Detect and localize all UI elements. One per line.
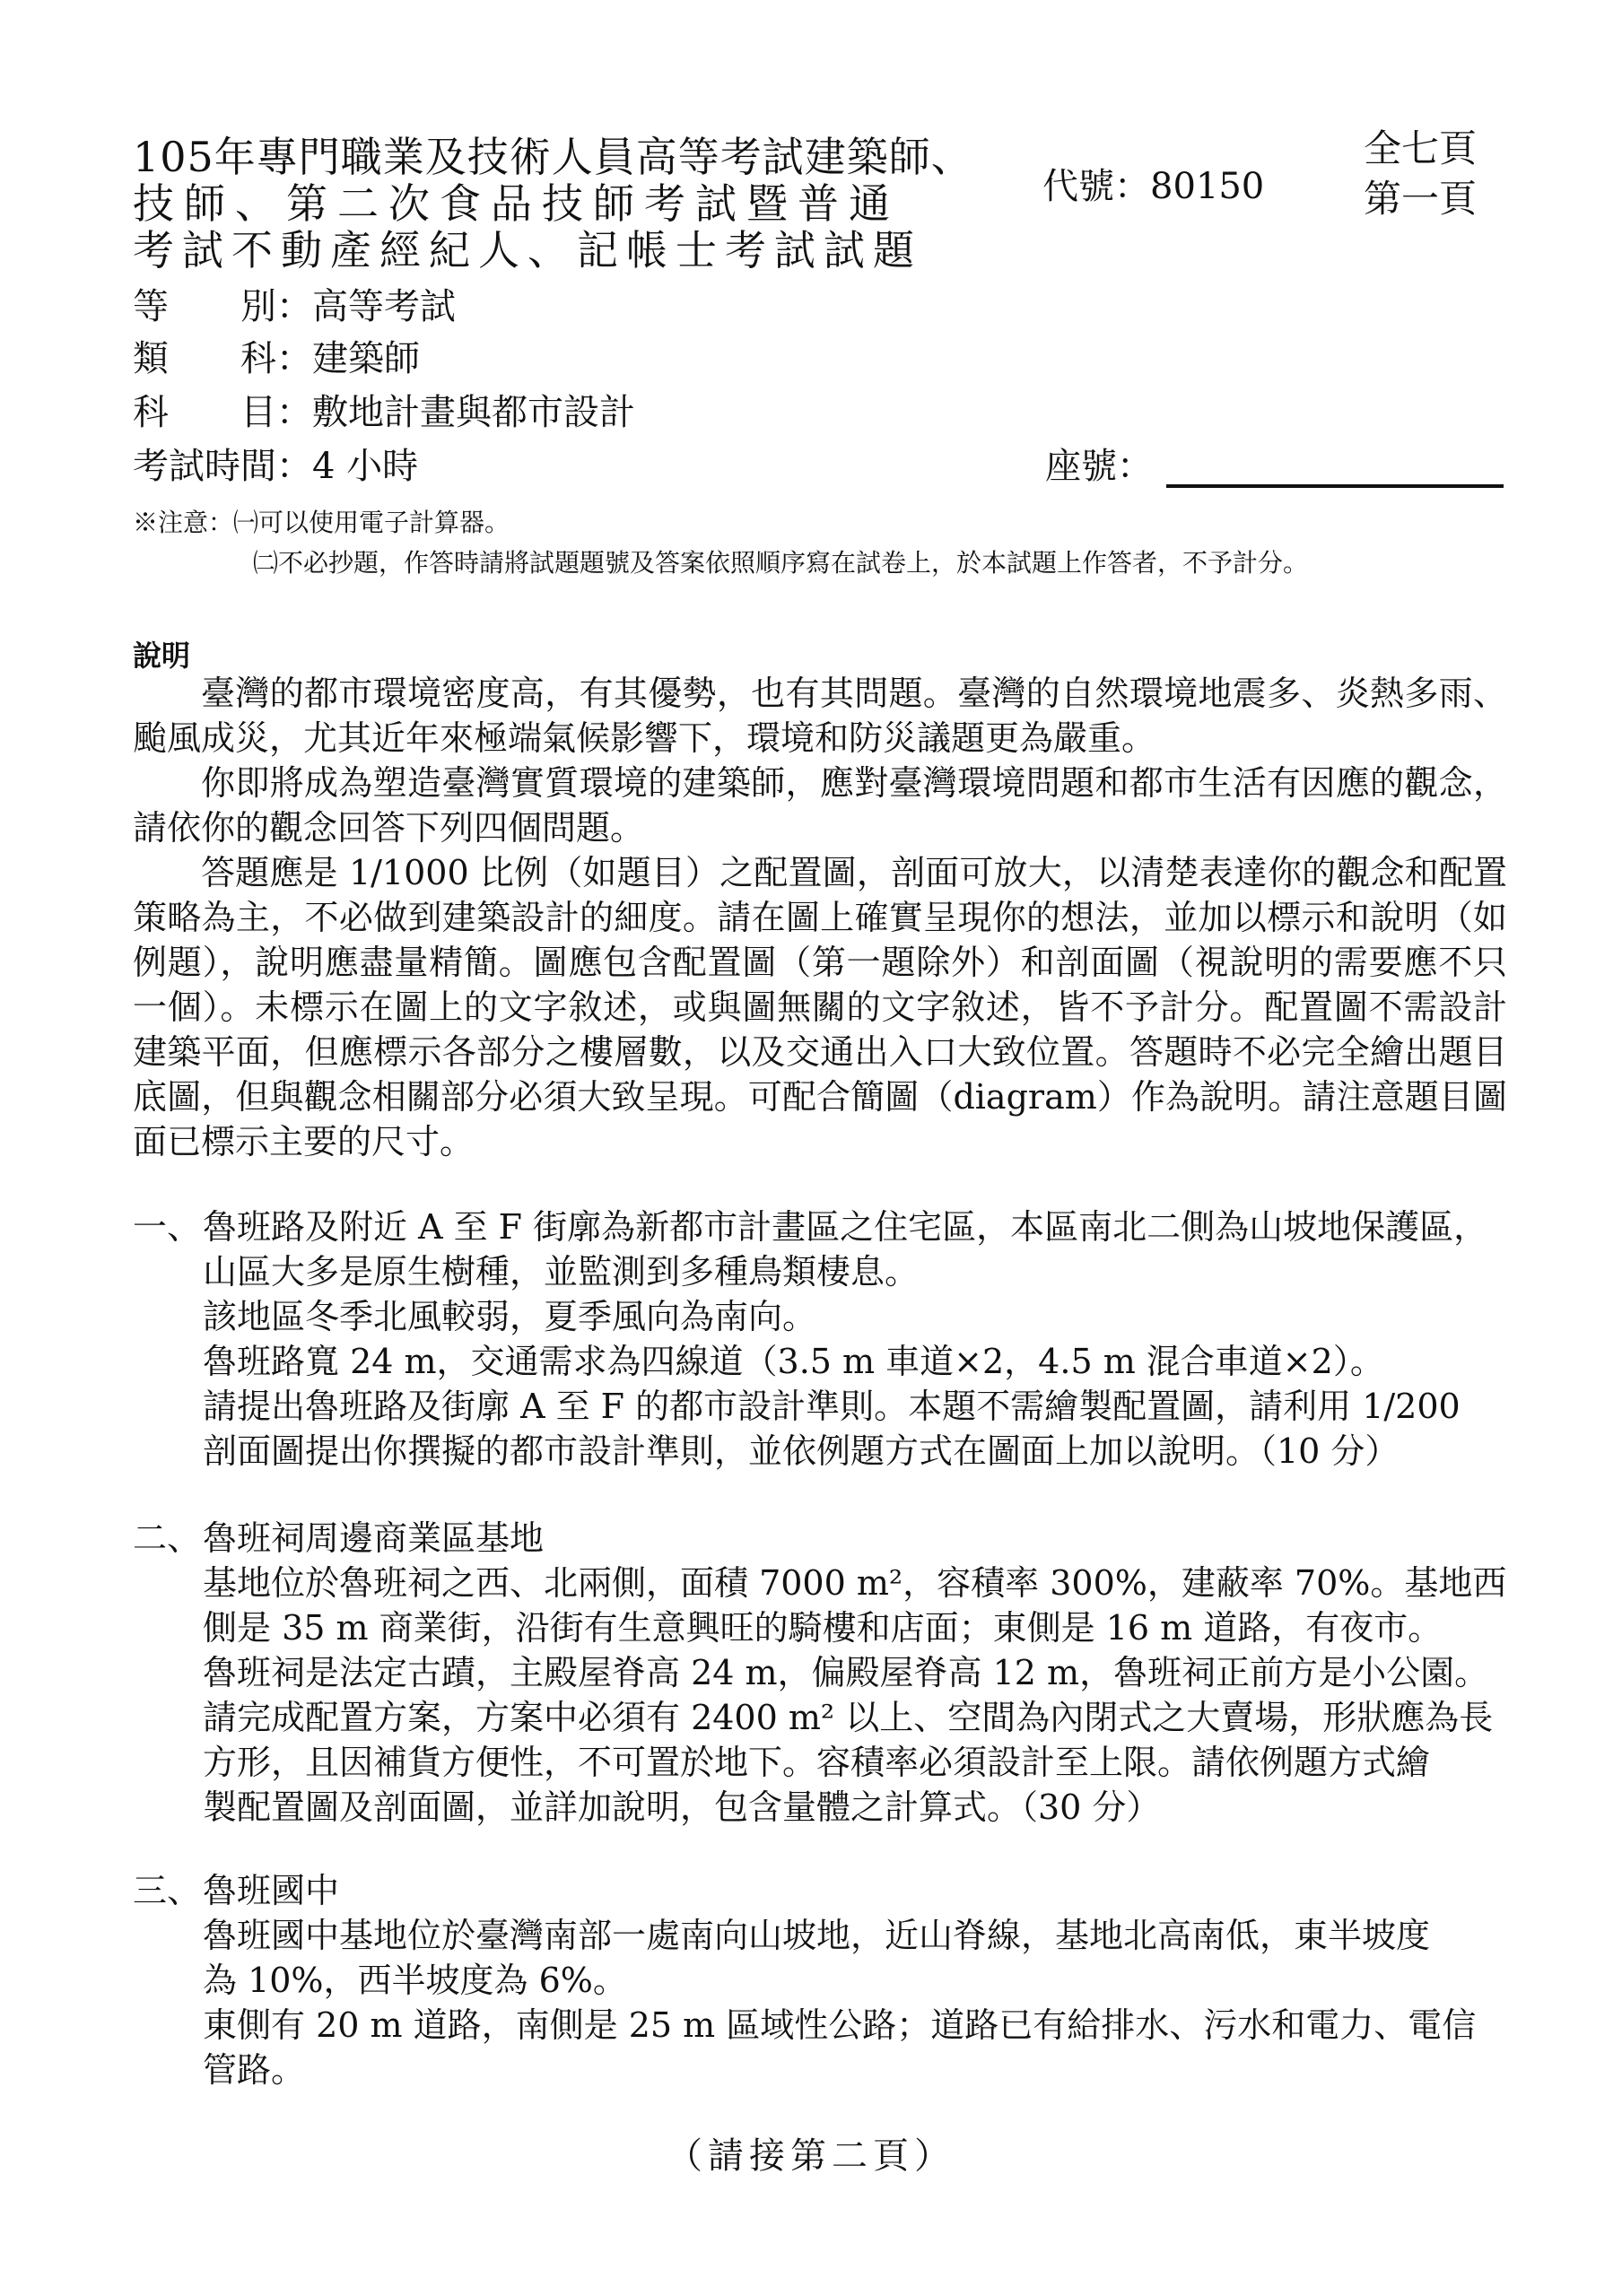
exam-category-label: 類 科： bbox=[133, 338, 312, 379]
page-indicator: 全七頁 第一頁 bbox=[1364, 124, 1477, 224]
exam-subject-label: 科 目： bbox=[133, 392, 312, 433]
question-first-line: 魯班祠周邊商業區基地 bbox=[203, 1516, 1507, 1561]
explanation-paragraph: 臺灣的都市環境密度高，有其優勢，也有其問題。臺灣的自然環境地震多、炎熱多雨、颱風… bbox=[133, 671, 1507, 761]
question-line: 魯班國中基地位於臺灣南部一處南向山坡地，近山脊線，基地北高南低，東半坡度 bbox=[203, 1913, 1507, 1958]
explanation-heading: 說明 bbox=[133, 633, 190, 674]
explanation-paragraph: 答題應是 1/1000 比例（如題目）之配置圖，剖面可放大，以清楚表達你的觀念和… bbox=[133, 850, 1507, 1164]
question-2: 二、 魯班祠周邊商業區基地 基地位於魯班祠之西、北兩側，面積 7000 m²，容… bbox=[133, 1516, 1507, 1830]
question-line: 山區大多是原生樹種，並監測到多種鳥類棲息。 bbox=[203, 1249, 1507, 1294]
exam-title-line-2: 技師、第二次食品技師考試暨普通 bbox=[133, 179, 900, 228]
note-line-1: ※注意：㈠可以使用電子計算器。 bbox=[133, 507, 510, 539]
exam-level-label: 等 別： bbox=[133, 286, 312, 327]
exam-category-row: 類 科：建築師 bbox=[133, 337, 420, 380]
exam-subject-value: 敷地計畫與都市設計 bbox=[312, 392, 635, 433]
question-line: 請完成配置方案，方案中必須有 2400 m² 以上、空間為內閉式之大賣場，形狀應… bbox=[203, 1695, 1507, 1740]
exam-time-row: 考試時間：4 小時 bbox=[133, 445, 418, 488]
question-first-line: 魯班國中 bbox=[203, 1868, 1507, 1913]
question-line: 魯班路寬 24 m，交通需求為四線道（3.5 m 車道×2，4.5 m 混合車道… bbox=[203, 1339, 1507, 1384]
question-line: 該地區冬季北風較弱，夏季風向為南向。 bbox=[203, 1294, 1507, 1339]
seat-number-label: 座號： bbox=[1045, 445, 1153, 488]
question-line: 剖面圖提出你撰擬的都市設計準則，並依例題方式在圖面上加以說明。（10 分） bbox=[203, 1429, 1507, 1474]
question-line: 請提出魯班路及街廓 A 至 F 的都市設計準則。本題不需繪製配置圖，請利用 1/… bbox=[203, 1384, 1507, 1429]
exam-subject-row: 科 目：敷地計畫與都市設計 bbox=[133, 391, 635, 434]
exam-code: 代號：80150 bbox=[1042, 165, 1264, 208]
seat-number-blank bbox=[1166, 484, 1504, 488]
current-page: 第一頁 bbox=[1364, 174, 1477, 224]
question-line: 方形，且因補貨方便性，不可置於地下。容積率必須設計至上限。請依例題方式繪 bbox=[203, 1740, 1507, 1785]
question-line: 為 10%，西半坡度為 6%。 bbox=[203, 1958, 1507, 2003]
question-line: 管路。 bbox=[203, 2048, 1507, 2092]
exam-time-value: 4 小時 bbox=[312, 446, 418, 487]
exam-level-value: 高等考試 bbox=[312, 286, 456, 327]
question-line: 側是 35 m 商業街，沿街有生意興旺的騎樓和店面；東側是 16 m 道路，有夜… bbox=[203, 1605, 1507, 1650]
question-1: 一、 魯班路及附近 A 至 F 街廓為新都市計畫區之住宅區，本區南北二側為山坡地… bbox=[133, 1205, 1507, 1474]
question-number: 三、 bbox=[133, 1868, 203, 1913]
question-line: 魯班祠是法定古蹟，主殿屋脊高 24 m，偏殿屋脊高 12 m，魯班祠正前方是小公… bbox=[203, 1650, 1507, 1695]
exam-category-value: 建築師 bbox=[312, 338, 420, 379]
question-line: 基地位於魯班祠之西、北兩側，面積 7000 m²，容積率 300%，建蔽率 70… bbox=[203, 1561, 1507, 1605]
exam-title-line-1: 105年專門職業及技術人員高等考試建築師、 bbox=[133, 133, 973, 181]
explanation-body: 臺灣的都市環境密度高，有其優勢，也有其問題。臺灣的自然環境地震多、炎熱多雨、颱風… bbox=[133, 671, 1507, 1164]
explanation-paragraph: 你即將成為塑造臺灣實質環境的建築師，應對臺灣環境問題和都市生活有因應的觀念，請依… bbox=[133, 761, 1507, 850]
question-3: 三、 魯班國中 魯班國中基地位於臺灣南部一處南向山坡地，近山脊線，基地北高南低，… bbox=[133, 1868, 1507, 2092]
exam-title-line-3: 考試不動產經紀人、記帳士考試試題 bbox=[133, 226, 922, 274]
question-line: 製配置圖及剖面圖，並詳加說明，包含量體之計算式。（30 分） bbox=[203, 1785, 1507, 1830]
question-number: 一、 bbox=[133, 1205, 203, 1249]
note-line-2: ㈡不必抄題，作答時請將試題題號及答案依照順序寫在試卷上，於本試題上作答者，不予計… bbox=[253, 547, 1308, 579]
exam-level-row: 等 別：高等考試 bbox=[133, 285, 456, 328]
continue-next-page: （請接第二頁） bbox=[0, 2127, 1622, 2179]
exam-time-label: 考試時間： bbox=[133, 446, 312, 487]
total-pages: 全七頁 bbox=[1364, 124, 1477, 174]
question-number: 二、 bbox=[133, 1516, 203, 1561]
question-line: 東側有 20 m 道路，南側是 25 m 區域性公路；道路已有給排水、污水和電力… bbox=[203, 2003, 1507, 2048]
question-first-line: 魯班路及附近 A 至 F 街廓為新都市計畫區之住宅區，本區南北二側為山坡地保護區… bbox=[203, 1205, 1507, 1249]
